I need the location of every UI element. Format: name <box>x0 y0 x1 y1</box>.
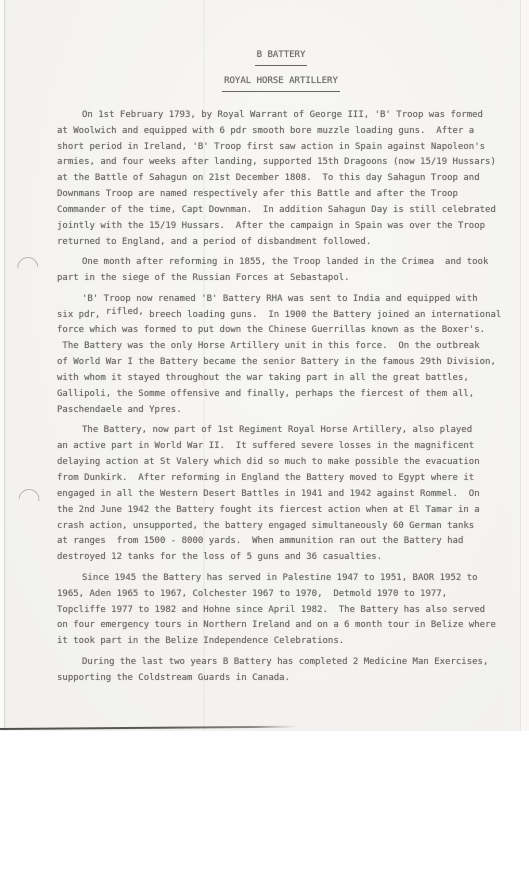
text-line: 'B' Troop now renamed 'B' Battery RHA wa… <box>57 292 505 308</box>
paragraph: Since 1945 the Battery has served in Pal… <box>57 571 505 650</box>
text-line: The Battery, now part of 1st Regiment Ro… <box>57 423 505 439</box>
text-line: from Dunkirk. After reforming in England… <box>57 471 505 487</box>
text-line: part in the siege of the Russian Forces … <box>57 271 505 287</box>
paragraph: The Battery, now part of 1st Regiment Ro… <box>57 423 505 566</box>
document-title: B BATTERY <box>255 48 308 66</box>
punch-hole-mark <box>18 488 40 501</box>
text-line: at Woolwich and equipped with 6 pdr smoo… <box>57 124 505 140</box>
paragraph: During the last two years B Battery has … <box>57 655 505 687</box>
text-line: short period in Ireland, 'B' Troop first… <box>57 140 505 156</box>
paper-left-edge <box>4 0 5 731</box>
text-line: Topcliffe 1977 to 1982 and Hohne since A… <box>57 603 505 619</box>
text-line: of World War I the Battery became the se… <box>57 355 505 371</box>
text-segment: six pdr, <box>57 310 106 320</box>
title-row: B BATTERY <box>57 48 505 66</box>
document-subtitle: ROYAL HORSE ARTILLERY <box>222 74 340 92</box>
text-line: supporting the Coldstream Guards in Cana… <box>57 671 505 687</box>
text-line: an active part in World War II. It suffe… <box>57 439 505 455</box>
text-line: the 2nd June 1942 the Battery fought its… <box>57 503 505 519</box>
text-line: armies, and four weeks after landing, su… <box>57 155 505 171</box>
text-segment: breech loading guns. In 1900 the Battery… <box>144 310 502 320</box>
scanned-page: B BATTERY ROYAL HORSE ARTILLERY On 1st F… <box>0 0 529 731</box>
text-line: engaged in all the Western Desert Battle… <box>57 487 505 503</box>
document-content: B BATTERY ROYAL HORSE ARTILLERY On 1st F… <box>57 0 505 686</box>
paragraph: On 1st February 1793, by Royal Warrant o… <box>57 108 505 251</box>
paragraph: 'B' Troop now renamed 'B' Battery RHA wa… <box>57 292 505 419</box>
text-line: Commander of the time, Capt Downman. In … <box>57 203 505 219</box>
text-line: with whom it stayed throughout the war t… <box>57 371 505 387</box>
text-line: Since 1945 the Battery has served in Pal… <box>57 571 505 587</box>
subtitle-row: ROYAL HORSE ARTILLERY <box>57 74 505 92</box>
paper-right-margin <box>521 0 529 731</box>
text-line: Downmans Troop are named respectively af… <box>57 187 505 203</box>
paper-bottom-edge <box>0 726 297 730</box>
text-line: returned to England, and a period of dis… <box>57 235 505 251</box>
text-line: delaying action at St Valery which did s… <box>57 455 505 471</box>
paragraph: One month after reforming in 1855, the T… <box>57 255 505 287</box>
text-line: six pdr, rifled, breech loading guns. In… <box>57 308 505 324</box>
text-line: crash action, unsupported, the battery e… <box>57 519 505 535</box>
document-body: On 1st February 1793, by Royal Warrant o… <box>57 108 505 687</box>
text-line: force which was formed to put down the C… <box>57 323 505 339</box>
text-line: at ranges from 1500 - 8000 yards. When a… <box>57 534 505 550</box>
text-line: at the Battle of Sahagun on 21st Decembe… <box>57 171 505 187</box>
text-line: On 1st February 1793, by Royal Warrant o… <box>57 108 505 124</box>
text-line: destroyed 12 tanks for the loss of 5 gun… <box>57 550 505 566</box>
text-line: it took part in the Belize Independence … <box>57 634 505 650</box>
text-line: 1965, Aden 1965 to 1967, Colchester 1967… <box>57 587 505 603</box>
text-line: on four emergency tours in Northern Irel… <box>57 618 505 634</box>
text-line: During the last two years B Battery has … <box>57 655 505 671</box>
text-line: Gallipoli, the Somme offensive and final… <box>57 387 505 403</box>
text-line: One month after reforming in 1855, the T… <box>57 255 505 271</box>
typed-insertion-word: rifled, <box>106 307 144 317</box>
text-line: The Battery was the only Horse Artillery… <box>57 339 505 355</box>
text-line: Paschendaele and Ypres. <box>57 403 505 419</box>
text-line: jointly with the 15/19 Hussars. After th… <box>57 219 505 235</box>
punch-hole-mark <box>17 256 39 268</box>
